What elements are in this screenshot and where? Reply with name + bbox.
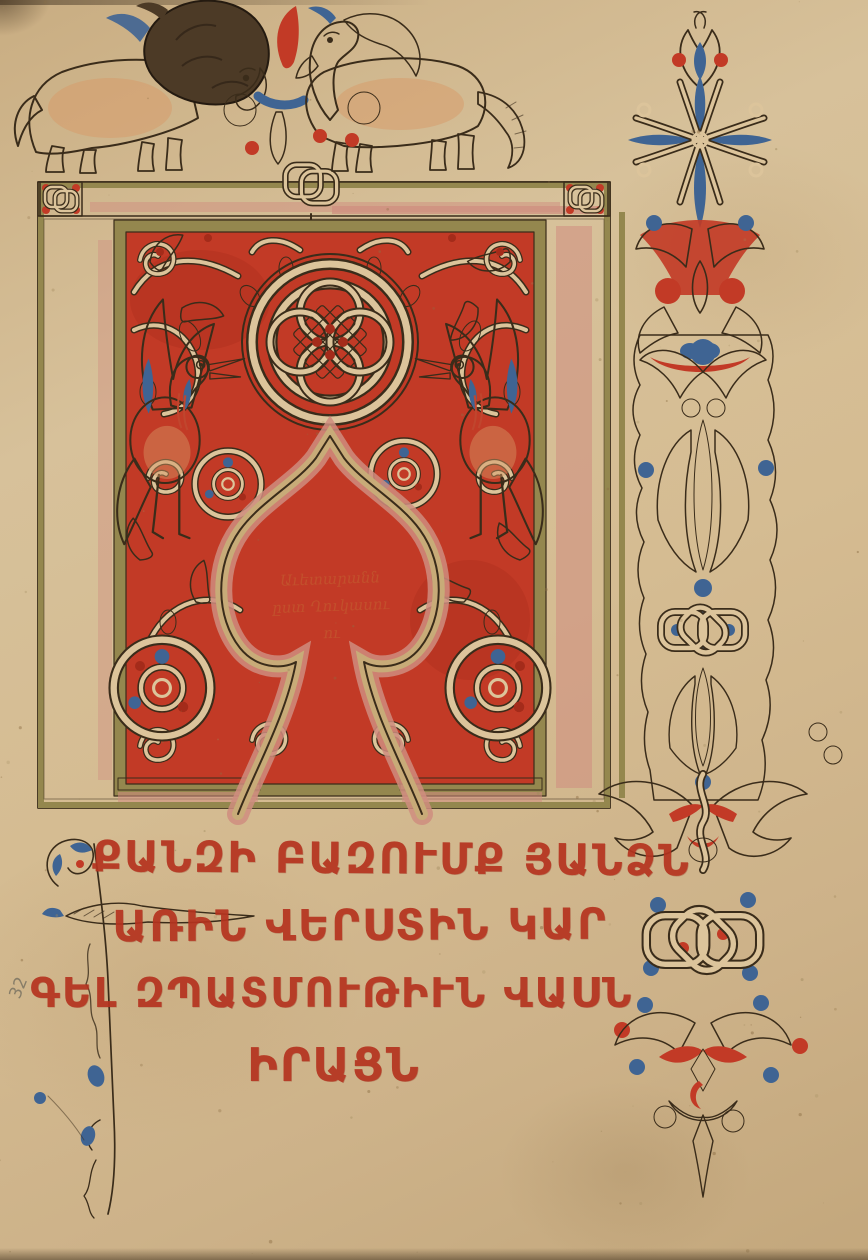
incipit-line-4: ԻՐԱՑՆ	[230, 1038, 438, 1092]
left-margin-flourish	[34, 839, 254, 1218]
rosette-knot-medallion	[242, 254, 418, 430]
headpiece-panel	[38, 165, 610, 814]
incipit-line-2: ԱՌԻՆ ՎԵՐՍՏԻՆ ԿԱՐ	[112, 900, 608, 953]
interlace-knot	[661, 602, 745, 659]
corner-knot-left	[40, 182, 82, 216]
floral-pendant	[615, 995, 791, 1197]
manuscript-page: Աւետարանն ըստ Ղուկասու ու ՔԱՆԶԻ ԲԱԶՈՒՄՔ …	[0, 0, 868, 1260]
corner-knot-right	[564, 182, 608, 216]
interlaced-cross	[628, 76, 772, 228]
palmette-band	[633, 335, 777, 800]
palmette-band-motifs	[638, 339, 774, 790]
border-rule	[619, 212, 625, 798]
lion-figure	[15, 1, 269, 173]
right-border-ornament	[599, 12, 842, 1197]
arch-inscription: Աւետարանն ըստ Ղուկասու ու	[239, 563, 424, 650]
ibex-figure	[296, 6, 526, 172]
incipit-line-1: ՔԱՆԶԻ ԲԱԶՈՒՄՔ ՅԱՆՁՆ	[92, 832, 608, 886]
interlace-knot-large	[643, 892, 760, 981]
incipit-line-3: ԳԵԼ ԶՊԱՏՄՈՒԹԻՒՆ ՎԱՍՆ	[30, 969, 614, 1017]
top-animals	[15, 1, 526, 173]
hanging-ornaments	[258, 6, 304, 164]
